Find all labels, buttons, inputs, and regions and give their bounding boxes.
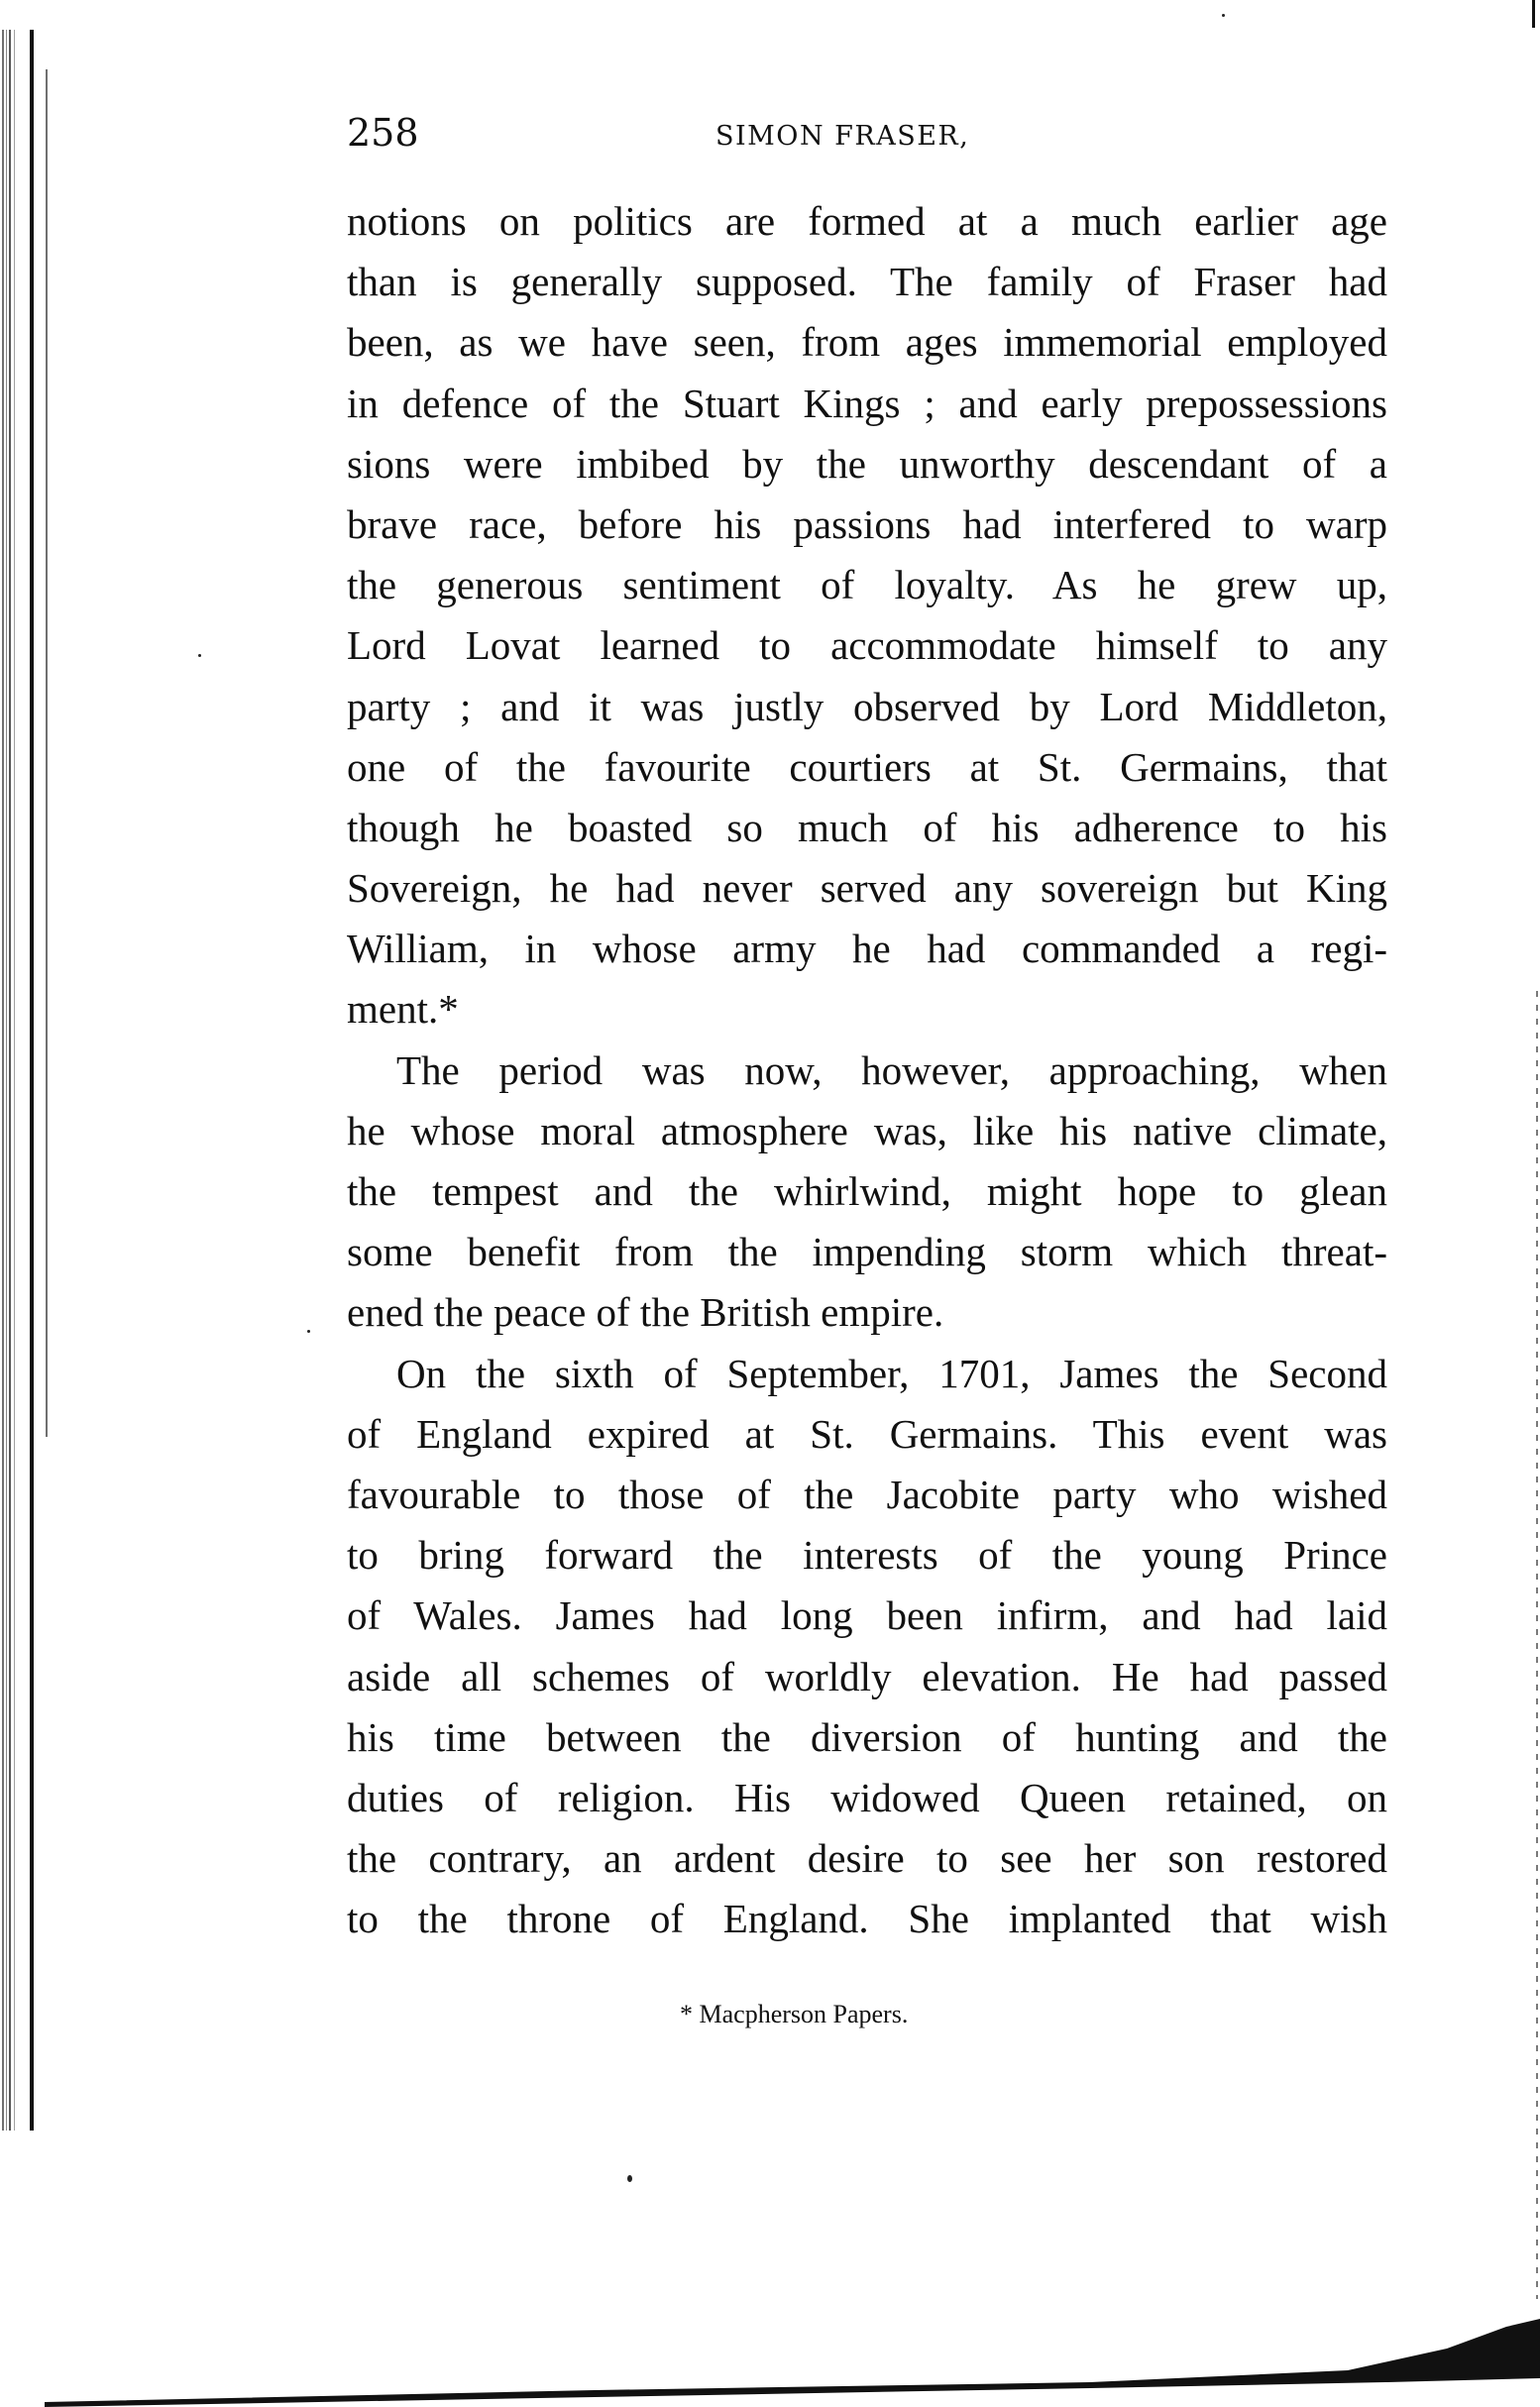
page-bottom-shadow xyxy=(0,0,1540,2407)
scanned-book-page: 258 SIMON FRASER, notions on politics ar… xyxy=(0,0,1540,2407)
